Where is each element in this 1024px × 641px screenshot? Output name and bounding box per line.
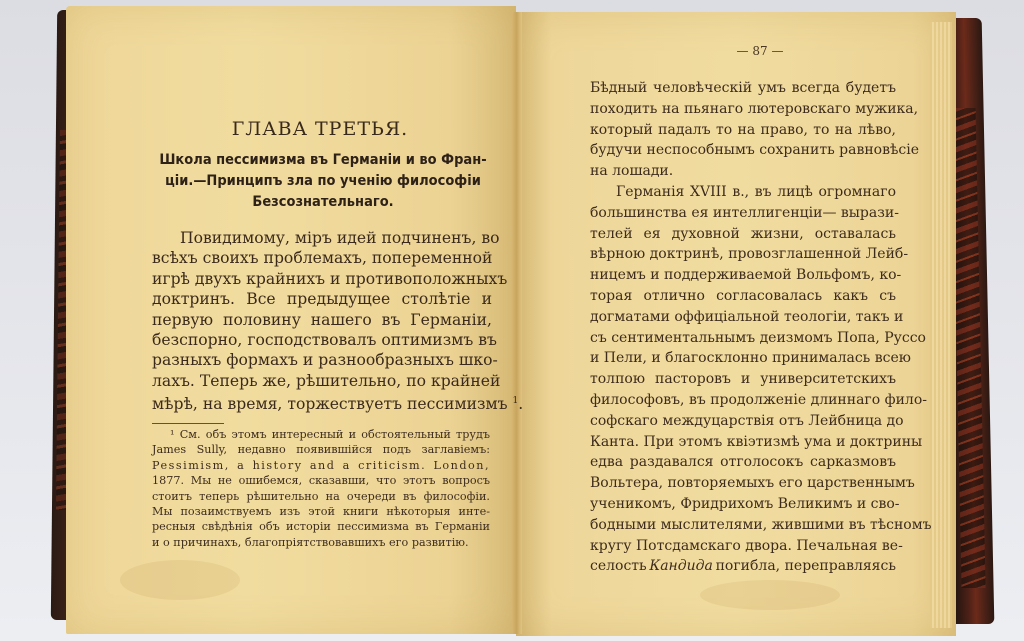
text-line: бодными мыслителями, жившими въ тѣсномъ — [590, 515, 896, 536]
footnote-line: ресныя свѣдѣнія объ исторіи пессимизма в… — [152, 519, 490, 534]
footnote-line: 1877. Мы не ошибемся, сказавши, что этот… — [152, 473, 490, 488]
text-line: философовъ, въ продолженіе длиннаго фило… — [590, 390, 896, 411]
footnote-marker: 1 — [513, 396, 519, 406]
book-gutter — [512, 12, 522, 634]
text-line-last: мѣрѣ, на время, торжествуетъ пессимизмъ … — [152, 391, 492, 415]
text-line-last: селость Кандида погибла, переправляясь — [590, 556, 896, 577]
footnote-line: и о причинахъ, благопріятствовавшихъ его… — [152, 535, 490, 550]
footnote: ¹ См. объ этомъ интересный и обстоятельн… — [152, 427, 490, 550]
subtitle-line: Школа пессимизма въ Германіи и во Фран- — [158, 150, 488, 171]
paper-stain — [120, 560, 240, 600]
text-line: игрѣ двухъ крайнихъ и противоположныхъ — [152, 269, 492, 289]
subtitle-line: Безсознательнаго. — [158, 192, 488, 213]
text-line: мѣрѣ, на время, торжествуетъ пессимизмъ — [152, 395, 508, 413]
text-line: первую половину нашего въ Германіи, — [152, 310, 492, 330]
text-line: кругу Потсдамскаго двора. Печальная ве- — [590, 536, 896, 557]
page-number: — 87 — — [720, 44, 800, 58]
text-line: Повидимому, міръ идей подчиненъ, во — [152, 228, 492, 248]
footnote-line: ¹ См. объ этомъ интересный и обстоятельн… — [152, 427, 490, 442]
footnote-line: Pessimism, a history and a criticism. Lo… — [152, 458, 490, 473]
footnote-line: стоитъ теперь рѣшительно на очереди въ ф… — [152, 489, 490, 504]
text-line: ницемъ и поддерживаемой Вольфомъ, ко- — [590, 265, 896, 286]
text-line: догматами оффиціальной теологіи, такъ и — [590, 307, 896, 328]
text-line: на лошади. — [590, 161, 896, 182]
paper-stain — [700, 580, 840, 610]
text-line: едва раздавался отголосокъ сарказмовъ — [590, 452, 896, 473]
right-body-text: Бѣдный человѣческій умъ всегда будетъ по… — [590, 78, 896, 577]
text-line: и Пели, и благосклонно принималась всею — [590, 348, 896, 369]
text-line: Вольтера, повторяемыхъ его царственнымъ — [590, 473, 896, 494]
text-line: торая отлично согласовалась какъ съ — [590, 286, 896, 307]
text-line: вѣрною доктринѣ, провозглашенной Лейб- — [590, 244, 896, 265]
text-line: разныхъ формахъ и разнообразныхъ шко- — [152, 350, 492, 370]
left-body-text: Повидимому, міръ идей подчиненъ, во всѣх… — [152, 228, 492, 415]
text-fragment: селость — [590, 556, 647, 577]
text-line: Бѣдный человѣческій умъ всегда будетъ — [590, 78, 896, 99]
text-line: большинства ея интеллигенціи— вырази- — [590, 203, 896, 224]
text-line: будучи неспособнымъ сохранить равновѣсіе — [590, 140, 896, 161]
text-line: лахъ. Теперь же, рѣшительно, по крайней — [152, 371, 492, 391]
text-line: Канта. При этомъ квіэтизмѣ ума и доктрин… — [590, 432, 896, 453]
subtitle-line: ціи.—Принципъ зла по ученію философіи — [158, 171, 488, 192]
text-line: безспорно, господствовалъ оптимизмъ въ — [152, 330, 492, 350]
text-line: телей ея духовной жизни, оставалась — [590, 224, 896, 245]
text-line: толпою пасторовъ и университетскихъ — [590, 369, 896, 390]
text-line: Германія XVIII в., въ лицѣ огромнаго — [590, 182, 896, 203]
text-line: всѣхъ своихъ проблемахъ, попеременной — [152, 248, 492, 268]
text-line: софскаго междуцарствія отъ Лейбница до — [590, 411, 896, 432]
text-line: который падалъ то на право, то на лѣво, — [590, 120, 896, 141]
text-line: съ сентиментальнымъ деизмомъ Попа, Руссо — [590, 328, 896, 349]
footnote-line: Мы позаимствуемъ изъ этой книги нѣкоторы… — [152, 504, 490, 519]
italic-title-kandida: Кандида — [649, 556, 713, 577]
text-line: походить на пьянаго лютеровскаго мужика, — [590, 99, 896, 120]
text-line: ученикомъ, Фридрихомъ Великимъ и сво- — [590, 494, 896, 515]
chapter-title: ГЛАВА ТРЕТЬЯ. — [150, 118, 490, 140]
footnote-divider — [152, 423, 224, 424]
footnote-line: James Sully, недавно появившійся подъ за… — [152, 442, 490, 457]
text-fragment: погибла, переправляясь — [716, 556, 896, 577]
text-line: доктринъ. Все предыдущее столѣтіе и — [152, 289, 492, 309]
open-book: ГЛАВА ТРЕТЬЯ. Школа пессимизма въ Герман… — [0, 0, 1024, 641]
page-edges — [930, 22, 952, 628]
chapter-subtitle: Школа пессимизма въ Германіи и во Фран- … — [158, 150, 488, 213]
